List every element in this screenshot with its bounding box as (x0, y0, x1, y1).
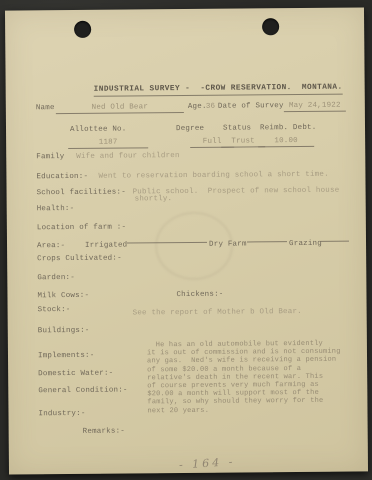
chickens-label: Chickens:- (176, 291, 223, 300)
page-number: - 164 - (179, 457, 236, 469)
education-value: Went to reservation boarding school a sh… (98, 171, 328, 182)
school-facilities-value-wrapped: shortly. (135, 195, 173, 204)
document-page: INDUSTRIAL SURVEY - -CROW RESERVATION. M… (5, 7, 368, 474)
irrigated-blank-line (127, 234, 207, 244)
punch-hole-right (262, 18, 279, 35)
crops-cultivated-label: Crops Cultivated:- (37, 255, 122, 265)
dry-farm-blank-line (247, 233, 287, 242)
buildings-label: Buildings:- (38, 327, 90, 336)
milk-cows-label: Milk Cows:- (37, 292, 89, 301)
area-grazing-label: Grazing (289, 240, 322, 249)
punch-hole-left (74, 21, 91, 38)
survey-date-value: May 24,1922 (284, 102, 346, 113)
area-dry-farm-label: Dry Farm (209, 240, 247, 249)
name-label: Name (36, 104, 55, 113)
remarks-label: Remarks:- (83, 428, 125, 437)
implements-label: Implements:- (38, 352, 94, 361)
family-value: Wife and four children (76, 152, 179, 162)
age-label: Age. (188, 103, 207, 112)
school-facilities-label: School facilities:- (37, 189, 126, 199)
reimb-debt-value: 10.00 (258, 137, 314, 147)
name-value: Ned Old Bear (56, 103, 184, 114)
general-condition-label: General Condition:- (38, 387, 127, 397)
industry-label: Industry:- (38, 410, 85, 419)
age-value: 36 (206, 103, 215, 112)
survey-date-label: Date of Survey (218, 102, 284, 112)
area-label: Area:- (37, 242, 65, 251)
domestic-water-label: Domestic Water:- (38, 370, 113, 380)
family-label: Family (36, 153, 64, 162)
location-of-farm-label: Location of farm :- (37, 224, 126, 234)
grazing-blank-line (321, 233, 349, 242)
status-header: Status (223, 124, 251, 133)
scan-background: INDUSTRIAL SURVEY - -CROW RESERVATION. M… (0, 0, 372, 480)
document-title: INDUSTRIAL SURVEY - -CROW RESERVATION. M… (94, 84, 343, 97)
degree-header: Degree (176, 125, 204, 134)
health-label: Health:- (37, 205, 75, 214)
stock-label: Stock:- (38, 306, 71, 315)
allottee-no-value: 1187 (68, 138, 148, 149)
garden-label: Garden:- (37, 274, 75, 283)
area-irrigated-label: Irrigated (85, 242, 127, 251)
stock-value: See the report of Mother b Old Bear. (133, 308, 302, 318)
allottee-no-header: Allottee No. (70, 126, 126, 135)
reimb-debt-header: Reimb. Debt. (260, 124, 316, 133)
education-label: Education:- (36, 173, 88, 182)
surveyor-note: He has an old automobile but evidently i… (147, 340, 341, 416)
